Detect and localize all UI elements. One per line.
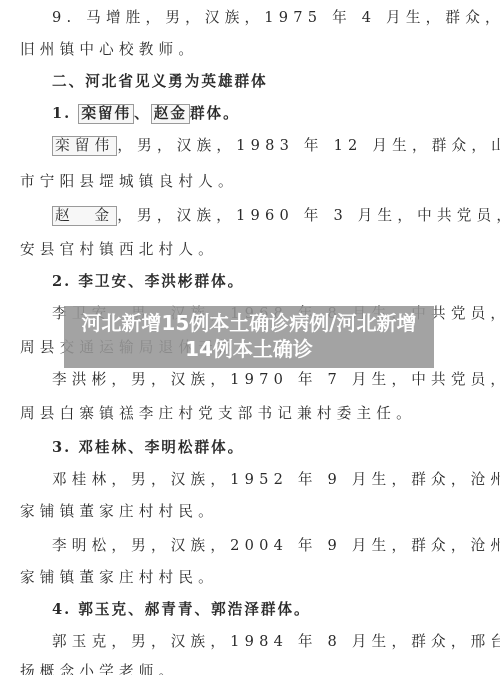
paragraph-line: 9. 马增胜，男，汉族，1975 年 4 月生，群众，沧州市沧县: [0, 8, 500, 28]
section-heading: 二、河北省见义勇为英雄群体: [0, 72, 500, 92]
highlighted-name: 栾留伟: [78, 104, 134, 124]
paragraph-line: 李明松，男，汉族，2004 年 9 月生，群众，沧州市沧县汪: [0, 536, 500, 556]
paragraph-line: 旧州镇中心校教师。: [0, 40, 500, 60]
headline-overlay[interactable]: 河北新增15例本土确诊病例/河北新增14例本土确诊: [64, 306, 434, 368]
paragraph-line: 赵 金，男，汉族，1960 年 3 月生，中共党员，廊坊市固: [0, 206, 500, 226]
person-details: ，男，汉族，1960 年 3 月生，中共党员，廊坊市固: [117, 207, 500, 224]
separator: 、: [134, 105, 151, 122]
paragraph-line: 安县官村镇西北村人。: [0, 240, 500, 260]
group-title: 4. 郭玉克、郝青青、郭浩泽群体。: [0, 600, 500, 620]
group-title: 3. 邓桂林、李明松群体。: [0, 438, 500, 458]
paragraph-line: 栾留伟，男，汉族，1983 年 12 月生，群众，山东省泰安: [0, 136, 500, 156]
group-number: 1.: [52, 105, 78, 122]
paragraph-line: 扬概念小学老师。: [0, 662, 500, 675]
highlighted-name: 赵 金: [52, 206, 117, 226]
highlighted-name: 赵金: [151, 104, 190, 124]
paragraph-line: 家铺镇董家庄村村民。: [0, 568, 500, 588]
paragraph-line: 周县白寨镇禚李庄村党支部书记兼村委主任。: [0, 404, 500, 424]
paragraph-line: 家铺镇董家庄村村民。: [0, 502, 500, 522]
group-suffix: 群体。: [190, 105, 240, 122]
highlighted-name: 栾留伟: [52, 136, 117, 156]
person-details: ，男，汉族，1983 年 12 月生，群众，山东省泰安: [117, 137, 500, 154]
paragraph-line: 邓桂林，男，汉族，1952 年 9 月生，群众，沧州市沧县汪: [0, 470, 500, 490]
paragraph-line: 郭玉克，男，汉族，1984 年 8 月生，群众，邢台市菁华浩: [0, 632, 500, 652]
headline-title[interactable]: 河北新增15例本土确诊病例/河北新增14例本土确诊: [64, 310, 434, 362]
group-title: 1. 栾留伟、赵金群体。: [0, 104, 500, 124]
paragraph-line: 市宁阳县堽城镇良村人。: [0, 172, 500, 192]
group-title: 2. 李卫安、李洪彬群体。: [0, 272, 500, 292]
paragraph-line: 李洪彬，男，汉族，1970 年 7 月生，中共党员，邯郸市曲: [0, 370, 500, 390]
